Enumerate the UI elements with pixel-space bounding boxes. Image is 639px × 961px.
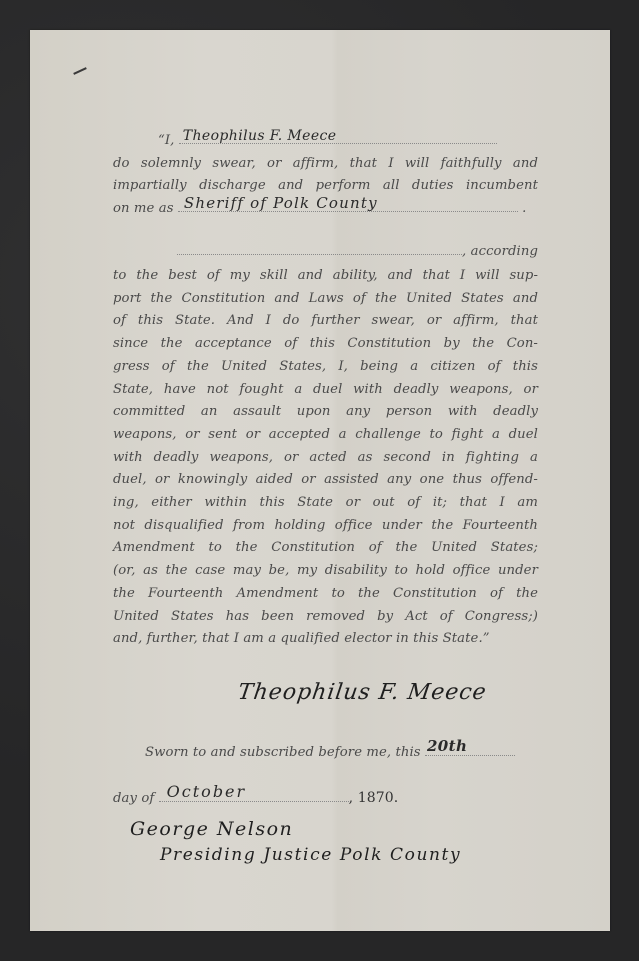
office-prefix: on me as — [113, 201, 174, 216]
oath-line: with deadly weapons, or acted as second … — [113, 447, 538, 470]
office-blank: Sheriff of Polk County — [178, 199, 518, 212]
oath-line: State, have not fought a duel with deadl… — [113, 379, 538, 402]
opening-line: “I, Theophilus F. Meece — [158, 130, 497, 153]
year: , 1870. — [349, 790, 399, 806]
oath-line: ing, either within this State or out of … — [113, 492, 538, 515]
oath-line: weapons, or sent or accepted a challenge… — [113, 424, 538, 447]
oath-line: committed an assault upon any person wit… — [113, 401, 538, 424]
day-blank: 20th — [425, 743, 515, 756]
office-value: Sheriff of Polk County — [184, 192, 378, 215]
month-blank: October — [159, 789, 349, 802]
oath-line: the Fourteenth Amendment to the Constitu… — [113, 583, 538, 606]
officiant-title: Presiding Justice Polk County — [160, 845, 461, 865]
according-line: , according — [113, 241, 538, 264]
body-line: do solemnly swear, or affirm, that I wil… — [113, 153, 538, 176]
date-line: day of October , 1870. — [113, 787, 538, 811]
oath-line: United States has been removed by Act of… — [113, 606, 538, 629]
office-line: on me as Sheriff of Polk County . — [113, 198, 526, 221]
opening-prefix: “I, — [158, 133, 174, 148]
oath-line: to the best of my skill and ability, and… — [113, 265, 538, 288]
oath-line: Amendment to the Constitution of the Uni… — [113, 537, 538, 560]
oath-taker-signature: Theophilus F. Meece — [236, 680, 488, 705]
month-value: October — [167, 781, 247, 804]
ink-mark — [73, 67, 87, 75]
oath-line: gress of the United States, I, being a c… — [113, 356, 538, 379]
sworn-text: Sworn to and subscribed before me, this — [145, 745, 421, 760]
office-blank-continued — [177, 242, 462, 255]
oath-line: (or, as the case may be, my disability t… — [113, 560, 538, 583]
oath-line: since the acceptance of this Constitutio… — [113, 333, 538, 356]
oath-line: port the Constitution and Laws of the Un… — [113, 288, 538, 311]
oath-line: not disqualified from holding office und… — [113, 515, 538, 538]
oath-line: duel, or knowingly aided or assisted any… — [113, 469, 538, 492]
sworn-day: 20th — [427, 735, 467, 758]
oath-line: of this State. And I do further swear, o… — [113, 310, 538, 333]
name-blank: Theophilus F. Meece — [179, 131, 497, 144]
oath-taker-name: Theophilus F. Meece — [183, 125, 337, 148]
officiant-signature: George Nelson — [130, 818, 293, 840]
day-of-label: day of — [113, 791, 154, 806]
oath-line: and, further, that I am a qualified elec… — [113, 628, 490, 651]
according-suffix: , according — [462, 244, 538, 259]
sworn-line: Sworn to and subscribed before me, this … — [145, 742, 545, 765]
